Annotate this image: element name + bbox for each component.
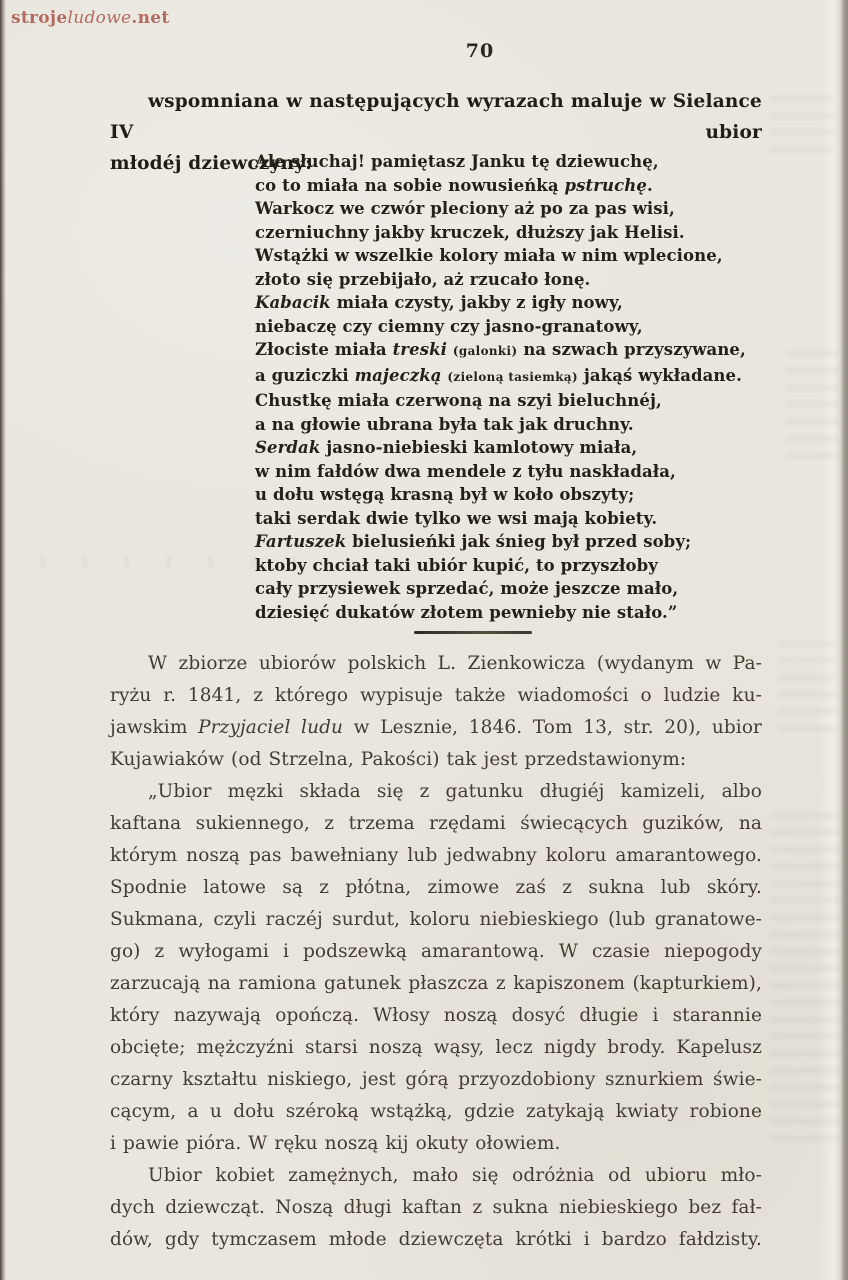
poem-line: Serdak jasno-niebieski kamlotowy miała, bbox=[255, 436, 725, 460]
poem-line: ktoby chciał taki ubiór kupić, to przysz… bbox=[255, 554, 725, 578]
body-line: Ubior kobiet zamężnych, mało się odróżni… bbox=[110, 1160, 762, 1192]
watermark-net: .net bbox=[131, 8, 169, 28]
poem-line: Fartuszek bielusieńki jak śnieg był prze… bbox=[255, 530, 725, 554]
body-line: W zbiorze ubiorów polskich L. Zienkowicz… bbox=[110, 648, 762, 680]
body-line: zarzucają na ramiona gatunek płaszcza z … bbox=[110, 968, 762, 1000]
poem-line: taki serdak dwie tylko we wsi mają kobie… bbox=[255, 507, 725, 531]
body-line: obcięte; mężczyźni starsi noszą wąsy, le… bbox=[110, 1032, 762, 1064]
poem-line: u dołu wstęgą krasną był w koło obszyty; bbox=[255, 483, 725, 507]
poem-line: niebaczę czy ciemny czy jasno-granatowy, bbox=[255, 315, 725, 339]
main-text: W zbiorze ubiorów polskich L. Zienkowicz… bbox=[110, 648, 762, 1256]
section-divider bbox=[414, 631, 532, 634]
body-line: Sukmana, czyli raczéj surdut, koloru nie… bbox=[110, 904, 762, 936]
body-line: cącym, a u dołu széroką wstążką, gdzie z… bbox=[110, 1096, 762, 1128]
body-line: dych dziewcząt. Noszą długi kaftan z suk… bbox=[110, 1192, 762, 1224]
poem-line: czerniuchny jakby kruczek, dłuższy jak H… bbox=[255, 221, 725, 245]
poem-line: Złociste miała treski (galonki) na szwac… bbox=[255, 338, 725, 364]
page-number: 70 bbox=[448, 40, 512, 62]
scanned-book-page: strojeludowe.net 70 wspomniana w następu… bbox=[0, 0, 848, 1280]
poem-quote: Ale słuchaj! pamiętasz Janku tę dziewuch… bbox=[255, 150, 725, 624]
watermark-ludowe: ludowe bbox=[68, 8, 132, 28]
watermark-stroje: stroje bbox=[11, 8, 68, 28]
poem-line: Ale słuchaj! pamiętasz Janku tę dziewuch… bbox=[255, 150, 725, 174]
poem-line: co to miała na sobie nowusieńką pstruchę… bbox=[255, 174, 725, 198]
poem-line: Chustkę miała czerwoną na szyi bieluchné… bbox=[255, 389, 725, 413]
poem-line: Warkocz we czwór pleciony aż po za pas w… bbox=[255, 197, 725, 221]
body-line: którym noszą pas bawełniany lub jedwabny… bbox=[110, 840, 762, 872]
poem-line: złoto się przebijało, aż rzucało łonę. bbox=[255, 268, 725, 292]
body-line: „Ubior męzki składa się z gatunku długié… bbox=[110, 776, 762, 808]
intro-line: wspomniana w następujących wyrazach malu… bbox=[110, 86, 762, 148]
body-line: i pawie pióra. W ręku noszą kij okuty oł… bbox=[110, 1128, 762, 1160]
body-line: dów, gdy tymczasem młode dziewczęta krót… bbox=[110, 1224, 762, 1256]
body-line: jawskim Przyjaciel ludu w Lesznie, 1846.… bbox=[110, 712, 762, 744]
poem-line: a na głowie ubrana była tak jak druchny. bbox=[255, 413, 725, 437]
bleed-through-smudge bbox=[770, 812, 840, 1142]
poem-line: dziesięć dukatów złotem pewnieby nie sta… bbox=[255, 601, 725, 625]
bleed-through-smudge bbox=[770, 95, 834, 161]
poem-line: a guziczki majeczką (zieloną tasiemką) j… bbox=[255, 364, 725, 390]
poem-line: Kabacik miała czysty, jakby z igły nowy, bbox=[255, 291, 725, 315]
body-line: go) z wyłogami i podszewką amarantową. W… bbox=[110, 936, 762, 968]
bleed-through-smudge bbox=[786, 350, 838, 470]
body-line: czarny kształtu niskiego, jest górą przy… bbox=[110, 1064, 762, 1096]
body-line: kaftana sukiennego, z trzema rzędami świ… bbox=[110, 808, 762, 840]
watermark: strojeludowe.net bbox=[11, 8, 170, 28]
poem-line: w nim fałdów dwa mendele z tyłu naskłada… bbox=[255, 460, 725, 484]
poem-line: cały przysiewek sprzedać, może jeszcze m… bbox=[255, 577, 725, 601]
poem-line: Wstążki w wszelkie kolory miała w nim wp… bbox=[255, 244, 725, 268]
body-line: Kujawiaków (od Strzelna, Pakości) tak je… bbox=[110, 744, 762, 776]
page-left-edge bbox=[0, 0, 6, 1280]
body-line: ryżu r. 1841, z którego wypisuje także w… bbox=[110, 680, 762, 712]
body-line: Spodnie latowe są z płótna, zimowe zaś z… bbox=[110, 872, 762, 904]
bleed-through-smudge bbox=[778, 640, 836, 732]
body-line: który nazywają opończą. Włosy noszą dosy… bbox=[110, 1000, 762, 1032]
